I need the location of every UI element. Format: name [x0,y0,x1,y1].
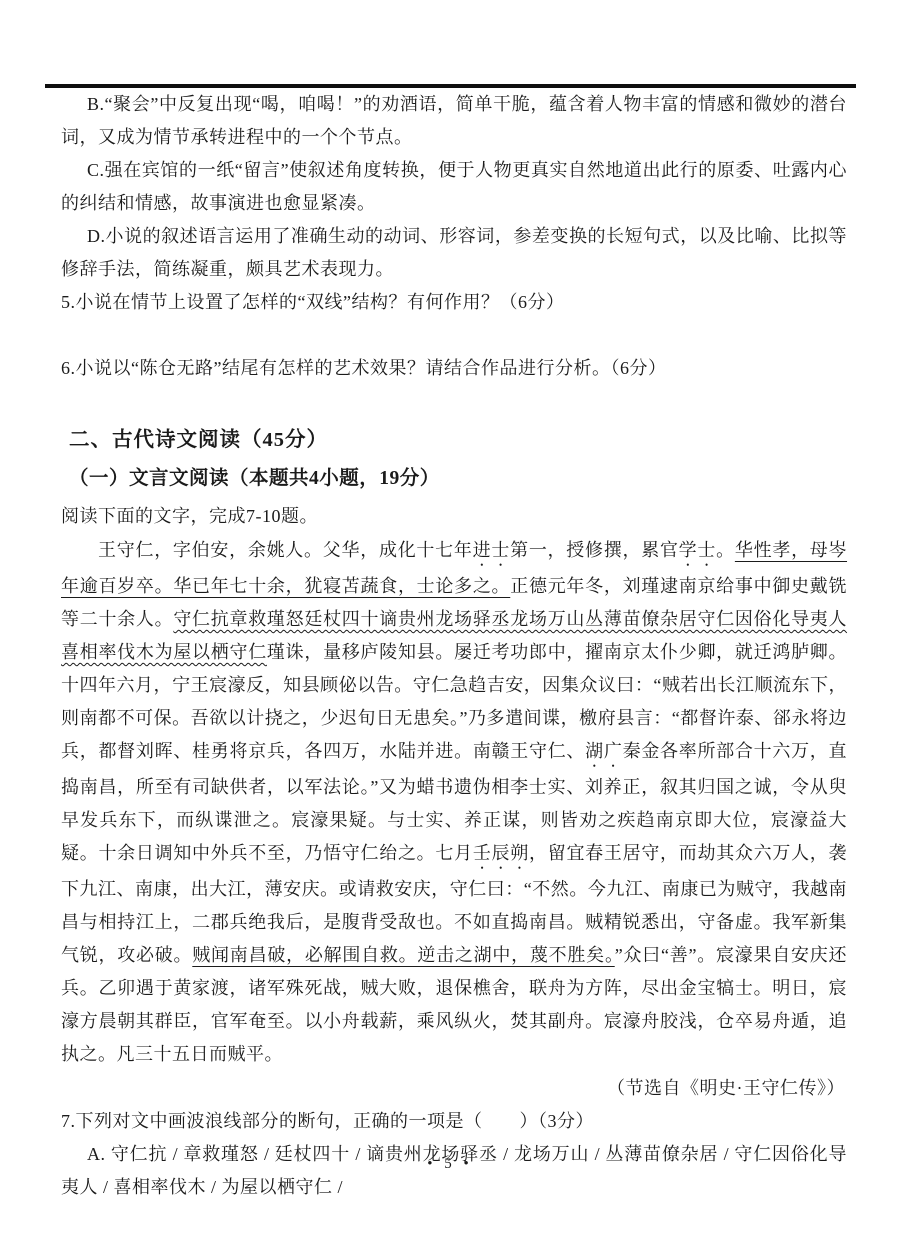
classical-passage: 王守仁，字伯安，余姚人。父华，成化十七年进士第一，授修撰，累官学士。华性孝，母岑… [61,534,847,1071]
passage-segment-plain: 王守仁，字伯安，余姚人。父华，成化十七年 [98,540,473,560]
question-6: 6.小说以“陈仓无路”结尾有怎样的艺术效果？请结合作品进行分析。（6分） [61,352,847,385]
passage-segment-dots: 进士 [473,540,510,560]
blank-line [61,319,847,352]
reading-instruction: 阅读下面的文字，完成7-10题。 [61,498,847,534]
subsection-title: （一）文言文阅读（本题共4小题，19分） [61,460,847,498]
passage-segment-dots: 壬辰朔 [473,843,529,863]
page-number: • 5 • [0,1156,900,1173]
question-5: 5.小说在情节上设置了怎样的“双线”结构？有何作用？（6分） [61,286,847,319]
page-content: B.“聚会”中反复出现“喝，咱喝！”的劝酒语，简单干脆，蕴含着人物丰富的情感和微… [61,88,847,1204]
passage-segment-dots: 学士 [679,540,716,560]
blank-line [61,385,847,418]
section-title: 二、古代诗文阅读（45分） [61,418,847,460]
question-7-stem: 7.下列对文中画波浪线部分的断句，正确的一项是（ ）（3分） [61,1105,847,1138]
exam-page: B.“聚会”中反复出现“喝，咱喝！”的劝酒语，简单干脆，蕴含着人物丰富的情感和微… [0,0,900,1246]
passage-segment-plain: 第一，授修撰，累官 [510,540,679,560]
choice-option-d: D.小说的叙述语言运用了准确生动的动词、形容词，参差变换的长短句式，以及比喻、比… [61,220,847,286]
passage-segment-plain: 。 [716,540,735,560]
passage-segment-underline: 贼闻南昌破，必解围自救。逆击之湖中，蔑不胜矣。 [192,945,614,965]
passage-source: （节选自《明史·王守仁传》） [61,1071,847,1105]
choice-option-c: C.强在宾馆的一纸“留言”使叙述角度转换，便于人物更真实自然地道出此行的原委、吐… [61,154,847,220]
choice-option-b: B.“聚会”中反复出现“喝，咱喝！”的劝酒语，简单干脆，蕴含着人物丰富的情感和微… [61,88,847,154]
passage-segment-dots: 湖广 [585,741,622,761]
